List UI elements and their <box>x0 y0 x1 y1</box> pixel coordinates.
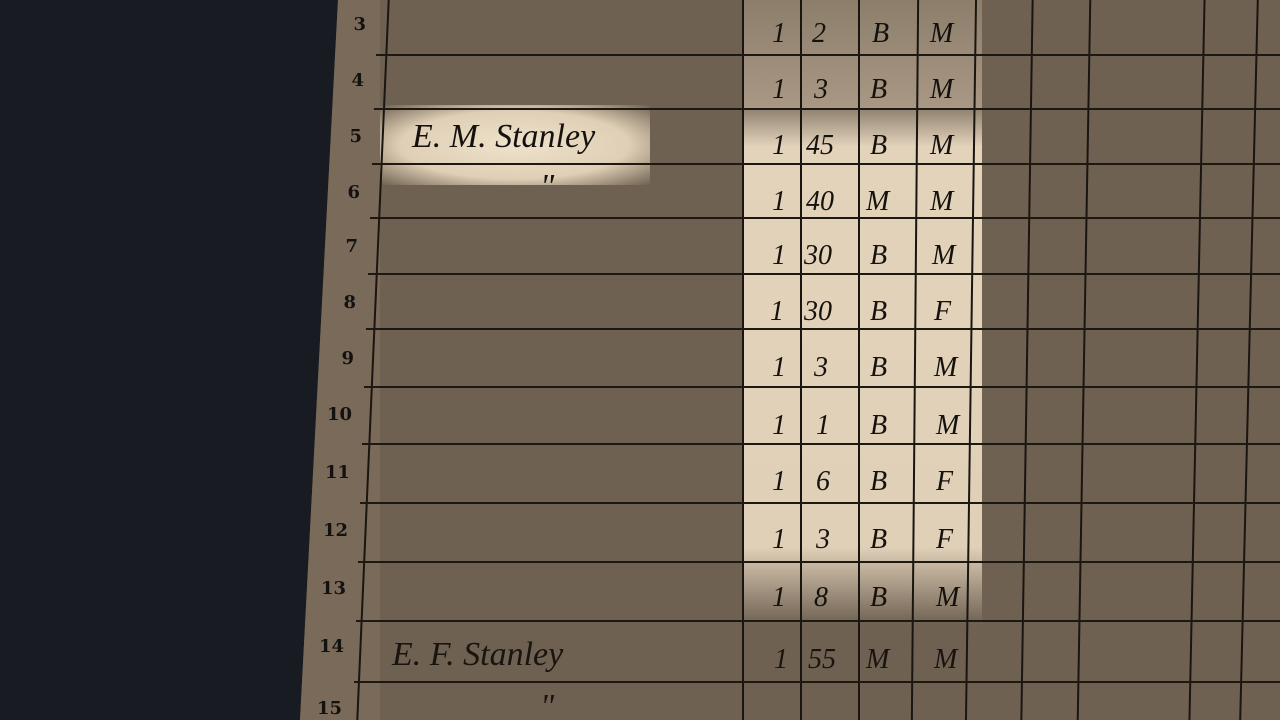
sex-cell: B <box>870 240 887 272</box>
sex-cell: B <box>870 466 887 498</box>
row-number: 3 <box>326 14 366 35</box>
row-rule <box>374 108 1280 110</box>
row-number: 11 <box>310 462 350 483</box>
count-cell: 1 <box>772 410 786 442</box>
row-rule <box>364 386 1280 388</box>
color-cell: M <box>936 410 959 442</box>
age-cell: 3 <box>816 524 830 556</box>
color-cell: M <box>934 644 957 676</box>
row-rule <box>358 561 1280 563</box>
ditto-mark-row-6: " <box>540 168 554 206</box>
handwritten-name-row-5: E. M. Stanley <box>412 118 595 156</box>
row-number: 14 <box>304 636 344 657</box>
color-cell: M <box>936 582 959 614</box>
sex-cell: B <box>870 74 887 106</box>
color-cell: M <box>934 352 957 384</box>
count-cell: 1 <box>772 130 786 162</box>
count-cell: 1 <box>772 240 786 272</box>
row-number: 4 <box>324 70 364 91</box>
sex-cell: B <box>870 582 887 614</box>
row-number: 6 <box>320 182 360 203</box>
count-cell: 1 <box>772 352 786 384</box>
row-number: 7 <box>318 236 358 257</box>
row-rule <box>368 273 1280 275</box>
age-cell: 45 <box>806 130 834 162</box>
age-cell: 55 <box>808 644 836 676</box>
sex-cell: B <box>870 296 887 328</box>
row-rule <box>360 502 1280 504</box>
age-cell: 30 <box>804 296 832 328</box>
color-cell: M <box>930 74 953 106</box>
age-cell: 3 <box>814 352 828 384</box>
sex-cell: B <box>872 18 889 50</box>
sex-cell: B <box>870 130 887 162</box>
handwritten-name-row-14: E. F. Stanley <box>392 636 563 674</box>
row-rule <box>354 681 1280 683</box>
color-cell: F <box>934 296 951 328</box>
ditto-mark-row-15: " <box>540 688 554 720</box>
sex-cell: B <box>870 524 887 556</box>
age-cell: 1 <box>816 410 830 442</box>
color-cell: M <box>930 18 953 50</box>
count-cell: 1 <box>772 582 786 614</box>
sex-cell: M <box>866 644 889 676</box>
row-rule <box>372 163 1280 165</box>
age-cell: 3 <box>814 74 828 106</box>
sex-cell: M <box>866 186 889 218</box>
row-number: 5 <box>322 126 362 147</box>
age-cell: 6 <box>816 466 830 498</box>
row-number: 13 <box>306 578 346 599</box>
age-cell: 30 <box>804 240 832 272</box>
row-number: 15 <box>302 698 342 719</box>
color-cell: F <box>936 466 953 498</box>
age-cell: 2 <box>812 18 826 50</box>
age-cell: 8 <box>814 582 828 614</box>
color-cell: M <box>932 240 955 272</box>
count-cell: 1 <box>772 74 786 106</box>
count-cell: 1 <box>772 186 786 218</box>
row-rule <box>376 54 1280 56</box>
row-number: 10 <box>312 404 352 425</box>
color-cell: F <box>936 524 953 556</box>
row-rule <box>356 620 1280 622</box>
age-cell: 40 <box>806 186 834 218</box>
dark-background <box>0 0 340 720</box>
count-cell: 1 <box>770 296 784 328</box>
row-number: 12 <box>308 520 348 541</box>
row-rule <box>366 328 1280 330</box>
row-number: 9 <box>314 348 354 369</box>
sex-cell: B <box>870 410 887 442</box>
row-rule <box>362 443 1280 445</box>
row-number: 8 <box>316 292 356 313</box>
color-cell: M <box>930 186 953 218</box>
count-cell: 1 <box>774 644 788 676</box>
color-cell: M <box>930 130 953 162</box>
count-cell: 1 <box>772 466 786 498</box>
sex-cell: B <box>870 352 887 384</box>
count-cell: 1 <box>772 524 786 556</box>
count-cell: 1 <box>772 18 786 50</box>
